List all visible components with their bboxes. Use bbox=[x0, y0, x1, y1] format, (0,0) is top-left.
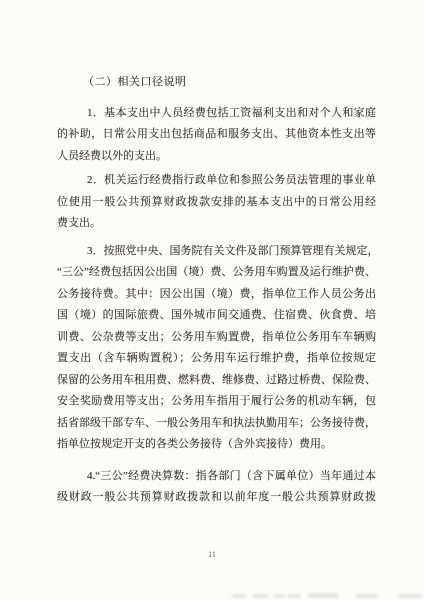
text-line: 国（境）的国际旅费、国外城市间交通费、住宿费、伙食费、培 bbox=[57, 305, 376, 327]
text-line: 位使用一般公共预算财政拨款安排的基本支出中的日常公用经 bbox=[57, 192, 376, 214]
text-line: 4.“三公”经费决算数：指各部门（含下属单位）当年通过本 bbox=[57, 466, 376, 488]
scan-artifact bbox=[232, 594, 246, 598]
paragraphs: 1．基本支出中人员经费包括工资福利支出和对个人和家庭的补助，日常公用支出包括商品… bbox=[57, 103, 376, 509]
paragraph: 3．按照党中央、国务院有关文件及部门预算管理有关规定，“三公”经费包括因公出国（… bbox=[57, 241, 376, 456]
text-line: 保留的公务用车租用费、燃料费、维修费、过路过桥费、保险费、 bbox=[57, 370, 376, 392]
text-line: 置支出（含车辆购置税）；公务用车运行维护费，指单位按规定 bbox=[57, 348, 376, 370]
scan-artifact bbox=[273, 594, 285, 598]
text-line: 2．机关运行经费指行政单位和参照公务员法管理的事业单 bbox=[57, 170, 376, 192]
page-number: 11 bbox=[208, 550, 216, 560]
document-page: （二）相关口径说明 1．基本支出中人员经费包括工资福利支出和对个人和家庭的补助，… bbox=[0, 0, 424, 600]
document-body: （二）相关口径说明 1．基本支出中人员经费包括工资福利支出和对个人和家庭的补助，… bbox=[57, 72, 376, 509]
paragraph: 2．机关运行经费指行政单位和参照公务员法管理的事业单位使用一般公共预算财政拨款安… bbox=[57, 170, 376, 235]
text-line: 公务接待费。其中：因公出国（境）费，指单位工作人员公务出 bbox=[57, 284, 376, 306]
text-line: 括省部级干部专车、一般公务用车和执法执勤用车；公务接待费， bbox=[57, 413, 376, 435]
text-line: 1．基本支出中人员经费包括工资福利支出和对个人和家庭 bbox=[57, 103, 376, 125]
text-line: 费支出。 bbox=[57, 213, 376, 235]
scan-artifact bbox=[253, 594, 269, 598]
scan-artifact bbox=[308, 593, 338, 598]
scan-artifact bbox=[398, 594, 422, 598]
text-line: 级财政一般公共预算财政拨款和以前年度一般公共预算财政拨 bbox=[57, 487, 376, 509]
text-line: 训费、公杂费等支出；公务用车购置费，指单位公务用车车辆购 bbox=[57, 327, 376, 349]
paragraph: 1．基本支出中人员经费包括工资福利支出和对个人和家庭的补助，日常公用支出包括商品… bbox=[57, 103, 376, 168]
scan-artifact bbox=[356, 594, 378, 598]
text-line: 的补助，日常公用支出包括商品和服务支出、其他资本性支出等 bbox=[57, 124, 376, 146]
text-line: 安全奖励费用等支出；公务用车指用于履行公务的机动车辆，包 bbox=[57, 391, 376, 413]
text-line: 3．按照党中央、国务院有关文件及部门预算管理有关规定， bbox=[57, 241, 376, 263]
text-line: 人员经费以外的支出。 bbox=[57, 146, 376, 168]
section-heading: （二）相关口径说明 bbox=[57, 72, 376, 94]
text-line: 指单位按规定开支的各类公务接待（含外宾接待）费用。 bbox=[57, 434, 376, 456]
scan-artifact bbox=[287, 594, 301, 598]
paragraph: 4.“三公”经费决算数：指各部门（含下属单位）当年通过本级财政一般公共预算财政拨… bbox=[57, 466, 376, 509]
text-line: “三公”经费包括因公出国（境）费、公务用车购置及运行维护费、 bbox=[57, 262, 376, 284]
